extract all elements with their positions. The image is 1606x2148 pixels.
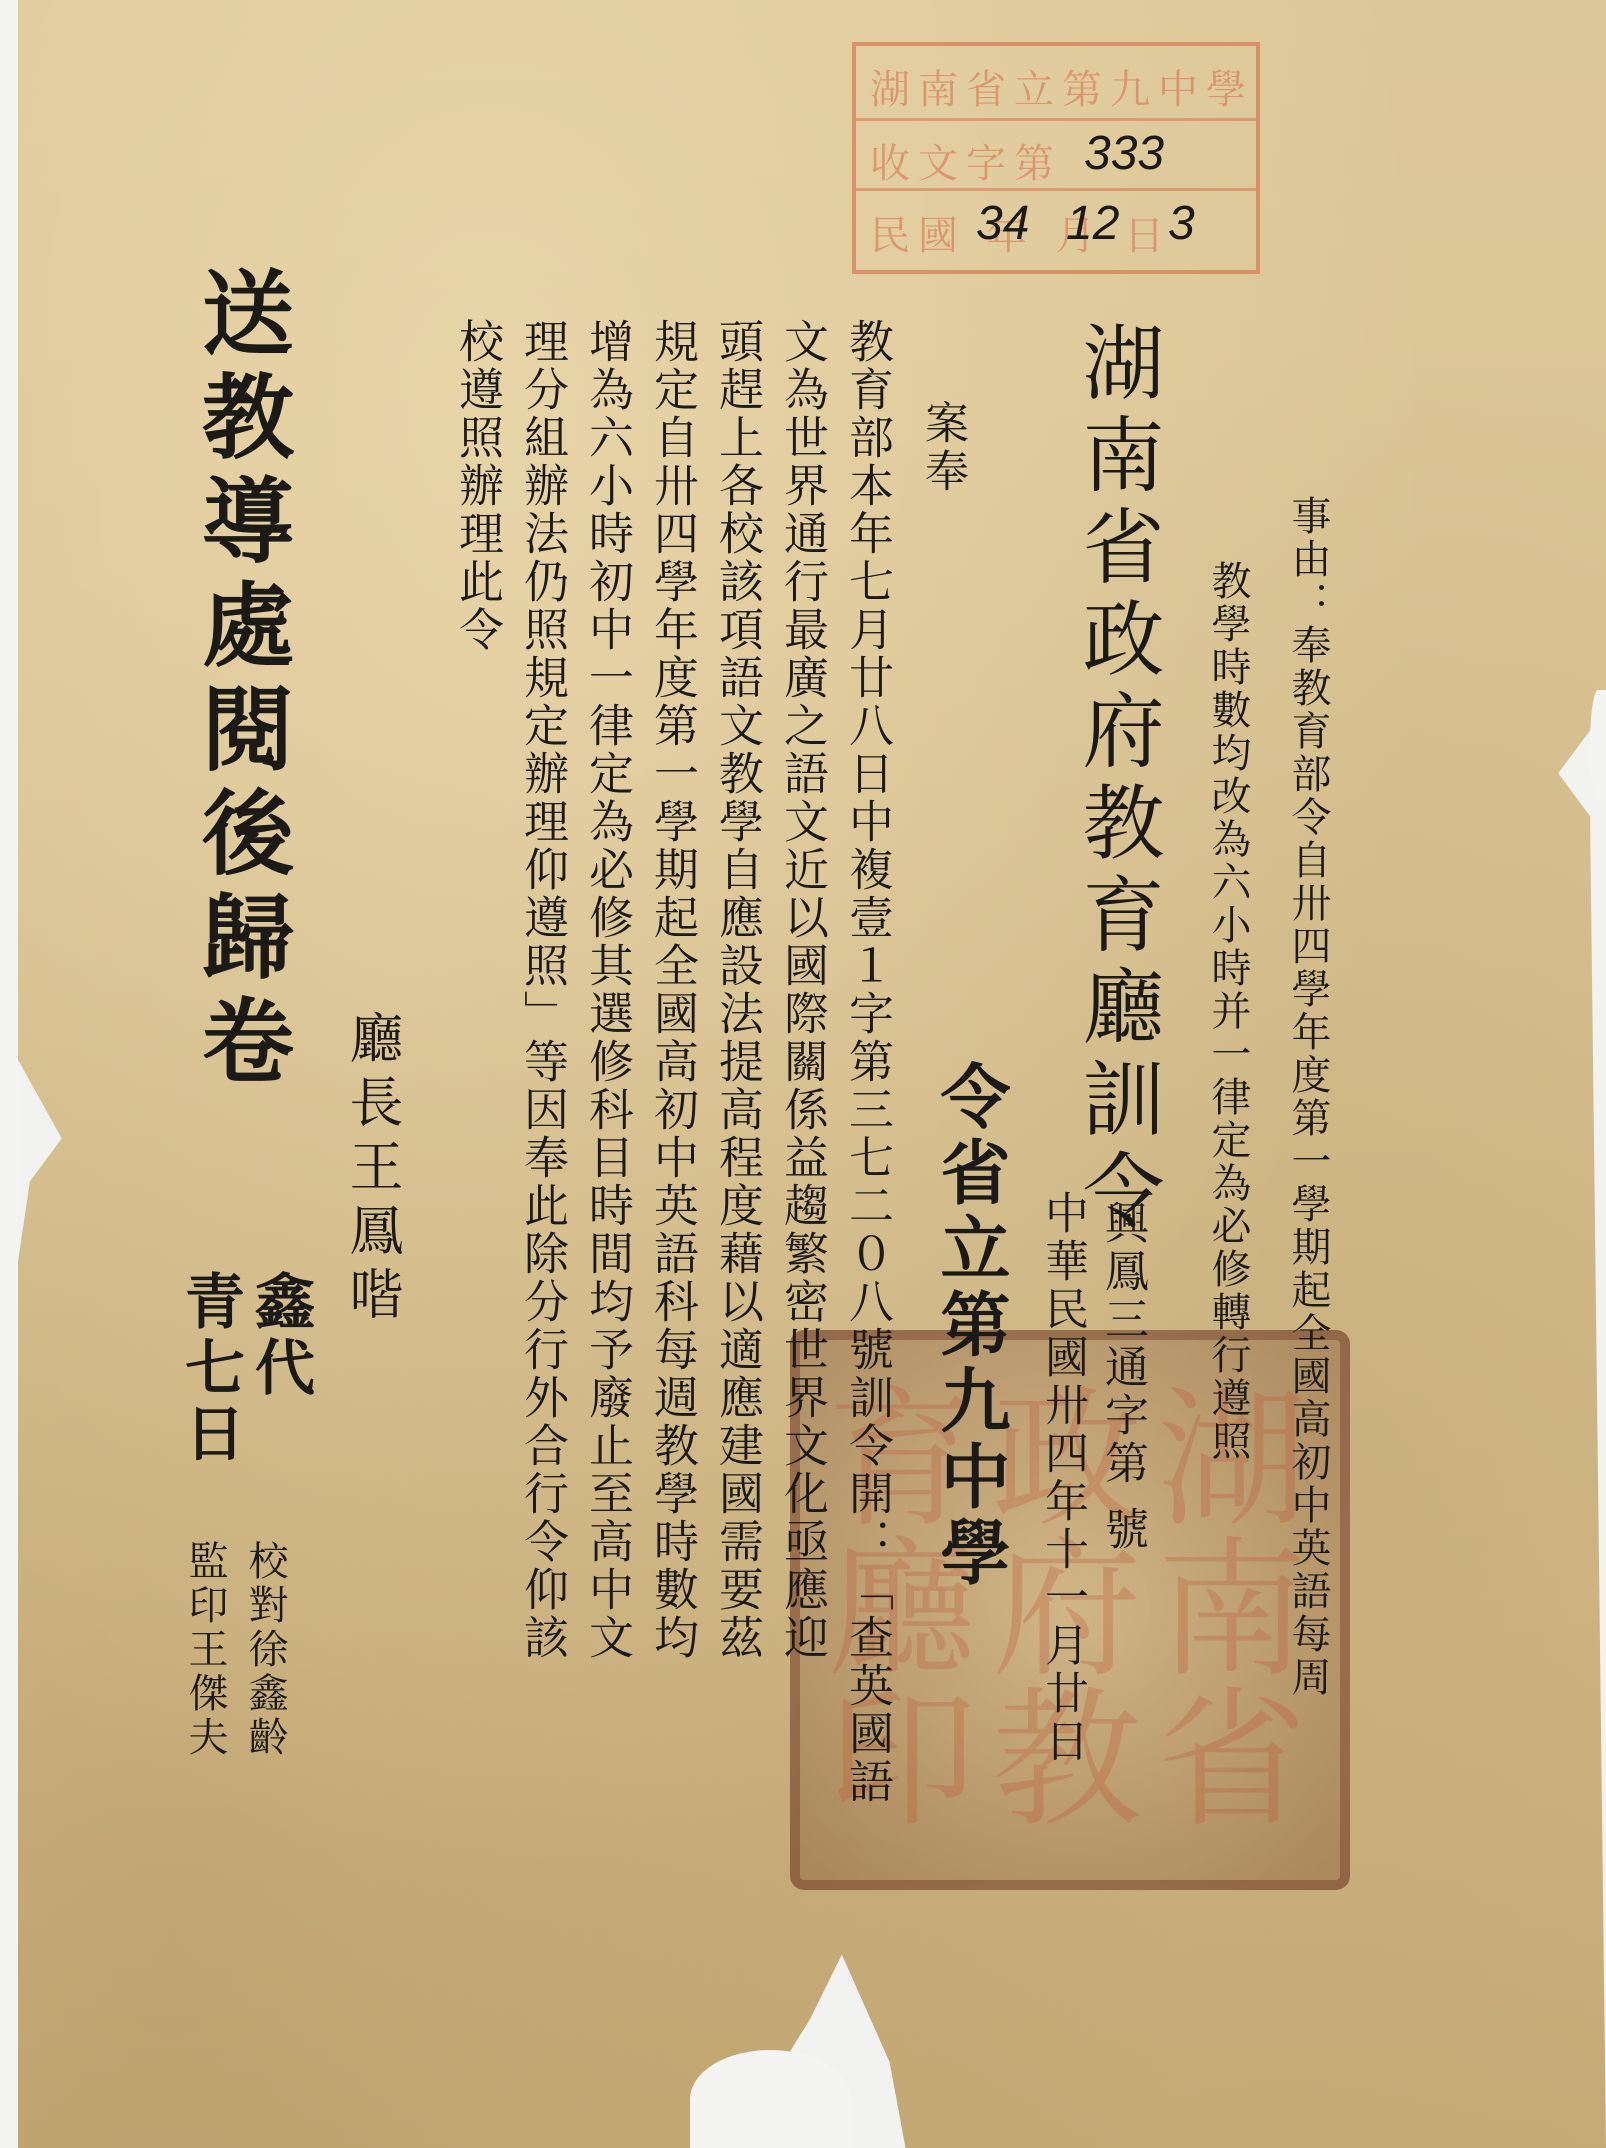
reference-number: 興鳳三通字第 號	[1100, 1200, 1144, 1554]
document-date: 中華民國卅四年十一月廿日	[1040, 1190, 1084, 1766]
tear-bottom	[690, 2050, 850, 2148]
document-title: 湖南省政府教育廳訓令	[1075, 320, 1157, 1240]
stamp-day: 3	[1168, 196, 1195, 251]
tear-left	[0, 0, 18, 2148]
seal-supervisor: 監印王傑夫	[185, 1540, 225, 1760]
opening-phrase: 案奉	[920, 400, 964, 496]
stamp-label-number: 收文字第	[870, 132, 1062, 189]
body-column: 校遵照辦理此令	[455, 318, 500, 654]
handwritten-annotation: 送教導處閱後歸卷	[195, 265, 287, 1097]
director-signature: 廳長王鳳喈	[345, 1010, 399, 1330]
stamp-month: 12	[1066, 196, 1119, 251]
stamp-school-name: 湖南省立第九中學	[870, 58, 1254, 115]
body-column: 理分組辦法仍照規定辦理仰遵照」等因奉此除分行外合行令仰該	[520, 318, 565, 1662]
body-column: 增為六小時初中一律定為必修其選修科目時間均予廢止至高中文	[585, 318, 630, 1662]
receipt-stamp: 湖南省立第九中學 收文字第 民國 年 月 日 333 34 12 3	[852, 42, 1260, 274]
body-column: 教育部本年七月廿八日中複壹１字第三七二０八號訓令開：「查英國語	[845, 318, 890, 1806]
stamp-divider	[856, 118, 1256, 121]
addressee: 令省立第九中學	[935, 1060, 1005, 1592]
tear-right	[1590, 690, 1606, 800]
annotation-date: 青七日	[180, 1270, 240, 1468]
subject-line-cont: 教學時數均改為六小時并一律定為必修轉行遵照	[1208, 560, 1248, 1463]
stamp-year: 34	[976, 196, 1029, 251]
stamp-number: 333	[1084, 126, 1164, 181]
body-column: 規定自卅四學年度第一學期起全國高初中英語科每週教學時數均	[650, 318, 695, 1662]
body-column: 文為世界通行最廣之語文近以國際關係益趨繁密世界文化亟應迎	[780, 318, 825, 1662]
body-column: 頭趕上各校該項語文教學自應設法提高程度藉以適應建國需要茲	[715, 318, 760, 1662]
proofreader: 校對徐鑫齡	[245, 1540, 285, 1760]
subject-line: 事由：奉教育部令自卅四學年度第一學期起全國高初中英語每周	[1288, 495, 1328, 1699]
annotation-signer: 鑫代	[250, 1270, 310, 1402]
